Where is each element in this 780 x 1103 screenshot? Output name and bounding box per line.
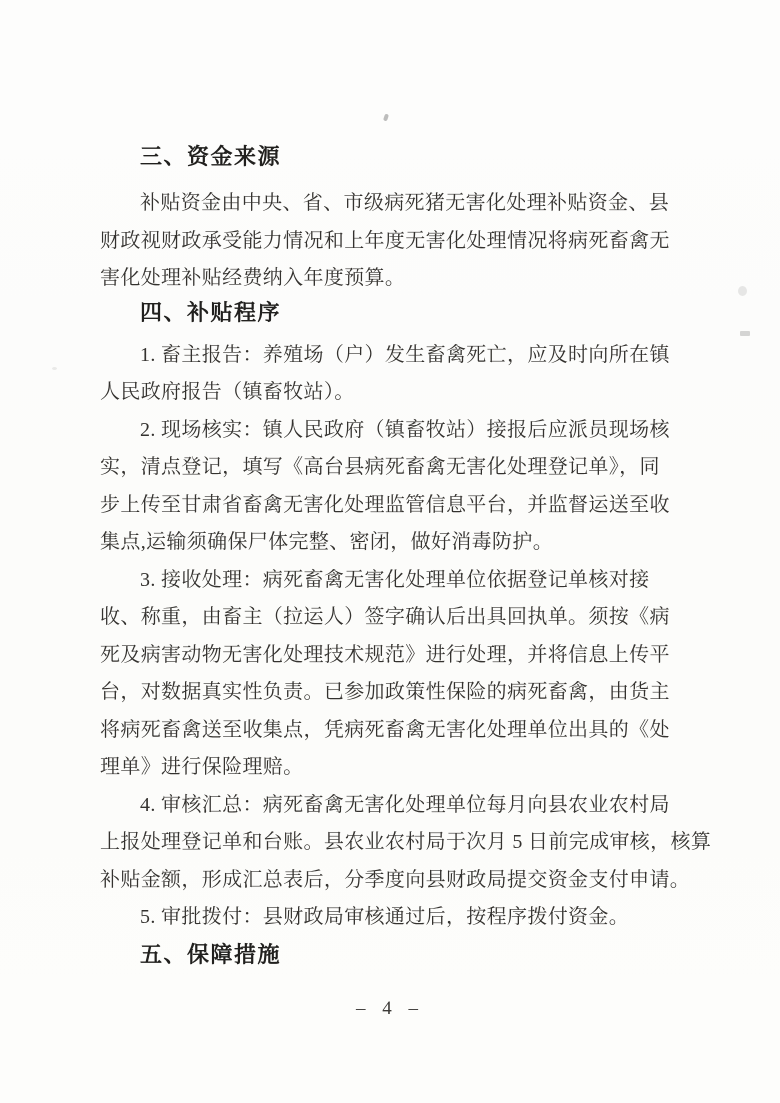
paragraph-funding-source: 补贴资金由中央、省、市级病死猪无害化处理补贴资金、县 财政视财政承受能力情况和上… [100, 185, 682, 298]
text-line: 1. 畜主报告：养殖场（户）发生畜禽死亡，应及时向所在镇 [100, 337, 682, 375]
text-line: 理单》进行保险理赔。 [100, 749, 682, 787]
text-line: 步上传至甘肃省畜禽无害化处理监管信息平台，并监督运送至收 [100, 487, 682, 525]
scan-speck [383, 114, 389, 122]
section-heading-subsidy-procedure: 四、补贴程序 [100, 298, 682, 337]
paragraph-step-1-owner-report: 1. 畜主报告：养殖场（户）发生畜禽死亡，应及时向所在镇 人民政府报告（镇畜牧站… [100, 337, 682, 412]
text-line: 3. 接收处理：病死畜禽无害化处理单位依据登记单核对接 [100, 562, 682, 600]
document-page: 三、资金来源 补贴资金由中央、省、市级病死猪无害化处理补贴资金、县 财政视财政承… [0, 0, 780, 1103]
document-body: 三、资金来源 补贴资金由中央、省、市级病死猪无害化处理补贴资金、县 财政视财政承… [100, 142, 682, 979]
text-line: 将病死畜禽送至收集点，凭病死畜禽无害化处理单位出具的《处 [100, 712, 682, 750]
text-line: 收、称重，由畜主（拉运人）签字确认后出具回执单。须按《病 [100, 599, 682, 637]
text-line: 人民政府报告（镇畜牧站）。 [100, 374, 682, 412]
text-line: 财政视财政承受能力情况和上年度无害化处理情况将病死畜禽无 [100, 223, 682, 261]
text-line: 死及病害动物无害化处理技术规范》进行处理，并将信息上传平 [100, 637, 682, 675]
text-line: 2. 现场核实：镇人民政府（镇畜牧站）接报后应派员现场核 [100, 412, 682, 450]
section-heading-funding-source: 三、资金来源 [100, 142, 682, 181]
scan-speck [52, 367, 57, 370]
text-line: 4. 审核汇总：病死畜禽无害化处理单位每月向县农业农村局 [100, 787, 682, 825]
text-line: 上报处理登记单和台账。县农业农村局于次月 5 日前完成审核，核算 [100, 824, 682, 862]
text-line: 实，清点登记，填写《高台县病死畜禽无害化处理登记单》，同 [100, 449, 682, 487]
page-number: – 4 – [356, 998, 424, 1019]
paragraph-step-5-approval-payment: 5. 审批拨付：县财政局审核通过后，按程序拨付资金。 [100, 899, 682, 937]
text-line: 5. 审批拨付：县财政局审核通过后，按程序拨付资金。 [100, 899, 682, 937]
paragraph-step-4-review-summary: 4. 审核汇总：病死畜禽无害化处理单位每月向县农业农村局 上报处理登记单和台账。… [100, 787, 682, 900]
text-line: 补贴金额，形成汇总表后，分季度向县财政局提交资金支付申请。 [100, 862, 682, 900]
scan-speck [740, 331, 750, 336]
page-footer: – 4 – [0, 998, 780, 1020]
paragraph-step-3-receiving-processing: 3. 接收处理：病死畜禽无害化处理单位依据登记单核对接 收、称重，由畜主（拉运人… [100, 562, 682, 787]
text-line: 集点,运输须确保尸体完整、密闭，做好消毒防护。 [100, 524, 682, 562]
text-line: 害化处理补贴经费纳入年度预算。 [100, 260, 682, 298]
section-heading-safeguard-measures: 五、保障措施 [100, 940, 682, 979]
text-line: 补贴资金由中央、省、市级病死猪无害化处理补贴资金、县 [100, 185, 682, 223]
paragraph-step-2-site-verification: 2. 现场核实：镇人民政府（镇畜牧站）接报后应派员现场核 实，清点登记，填写《高… [100, 412, 682, 562]
scan-speck [738, 286, 747, 296]
text-line: 台，对数据真实性负责。已参加政策性保险的病死畜禽，由货主 [100, 674, 682, 712]
